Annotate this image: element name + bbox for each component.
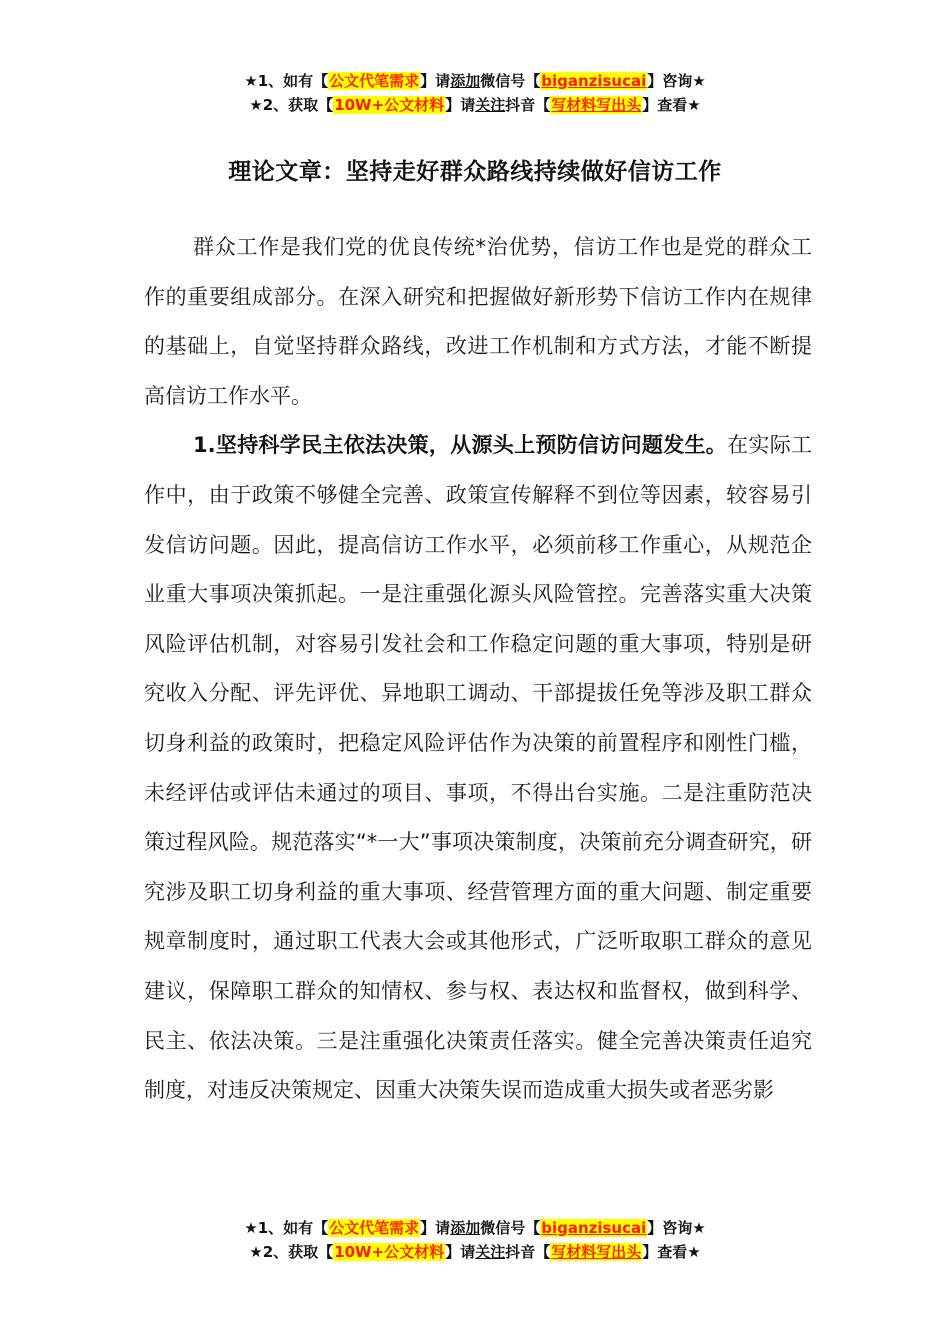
- banner-line-2: ★2、获取【10W+公文材料】请关注抖音【写材料写出头】查看★: [0, 1240, 950, 1264]
- wechat-id-highlight: biganzisucai: [540, 1219, 647, 1237]
- document-page: ★1、如有【公文代笔需求】请添加微信号【biganzisucai】咨询★ ★2、…: [0, 0, 950, 1344]
- paragraph-text: 群众工作是我们党的优良传统*治优势，信访工作也是党的群众工作的重要组成部分。在深…: [144, 235, 812, 408]
- banner-text: 】请: [420, 1219, 450, 1237]
- wechat-id-highlight: biganzisucai: [540, 72, 647, 90]
- paragraph-text: 在实际工作中，由于政策不够健全完善、政策宣传解释不到位等因素，较容易引发信访问题…: [144, 433, 812, 1102]
- banner-text: 】请: [445, 1243, 475, 1261]
- banner-text: 抖音【: [505, 96, 550, 114]
- banner-text: 】请: [445, 96, 475, 114]
- highlight-text: 公文代笔需求: [328, 1219, 420, 1237]
- paragraph-intro: 群众工作是我们党的优良传统*治优势，信访工作也是党的群众工作的重要组成部分。在深…: [144, 223, 812, 421]
- highlight-text: 10W+公文材料: [333, 1243, 445, 1261]
- banner-text: ★2、获取【: [249, 1243, 333, 1261]
- top-banner: ★1、如有【公文代笔需求】请添加微信号【biganzisucai】咨询★ ★2、…: [0, 69, 950, 117]
- banner-text: 】请: [420, 72, 450, 90]
- banner-text: 】咨询★: [647, 1219, 705, 1237]
- underlined-text: 关注: [475, 96, 505, 114]
- highlight-text: 公文代笔需求: [328, 72, 420, 90]
- douyin-account-highlight: 写材料写出头: [550, 1243, 642, 1261]
- banner-line-1: ★1、如有【公文代笔需求】请添加微信号【biganzisucai】咨询★: [0, 69, 950, 93]
- banner-text: 】查看★: [642, 1243, 700, 1261]
- douyin-account-highlight: 写材料写出头: [550, 96, 642, 114]
- paragraph-section-1: 1.坚持科学民主依法决策，从源头上预防信访问题发生。在实际工作中，由于政策不够健…: [144, 421, 812, 1115]
- section-heading: 1.坚持科学民主依法决策，从源头上预防信访问题发生。: [193, 433, 727, 457]
- banner-line-1: ★1、如有【公文代笔需求】请添加微信号【biganzisucai】咨询★: [0, 1216, 950, 1240]
- banner-text: 】查看★: [642, 96, 700, 114]
- underlined-text: 添加: [450, 72, 480, 90]
- underlined-text: 关注: [475, 1243, 505, 1261]
- underlined-text: 添加: [450, 1219, 480, 1237]
- banner-text: 抖音【: [505, 1243, 550, 1261]
- banner-text: ★2、获取【: [249, 96, 333, 114]
- document-title: 理论文章：坚持走好群众路线持续做好信访工作: [0, 152, 950, 192]
- banner-text: 微信号【: [480, 72, 540, 90]
- banner-text: ★1、如有【: [244, 72, 328, 90]
- banner-text: 】咨询★: [647, 72, 705, 90]
- bottom-banner: ★1、如有【公文代笔需求】请添加微信号【biganzisucai】咨询★ ★2、…: [0, 1216, 950, 1264]
- highlight-text: 10W+公文材料: [333, 96, 445, 114]
- banner-line-2: ★2、获取【10W+公文材料】请关注抖音【写材料写出头】查看★: [0, 93, 950, 117]
- banner-text: ★1、如有【: [244, 1219, 328, 1237]
- banner-text: 微信号【: [480, 1219, 540, 1237]
- document-body: 群众工作是我们党的优良传统*治优势，信访工作也是党的群众工作的重要组成部分。在深…: [144, 223, 812, 1116]
